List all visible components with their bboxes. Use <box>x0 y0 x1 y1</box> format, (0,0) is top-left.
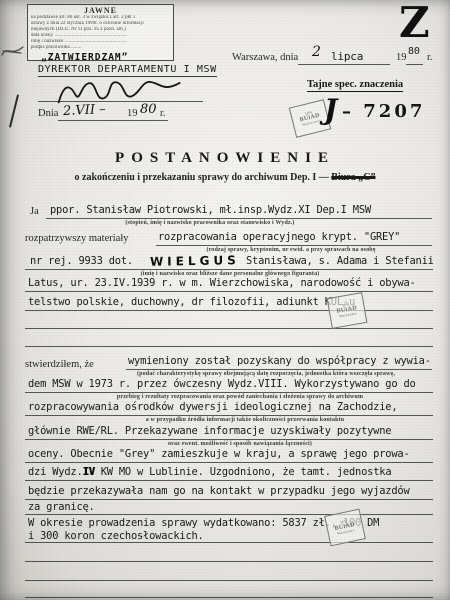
field3-pre: nr rej. 9933 dot. <box>30 255 133 267</box>
field9-caption: oraz ewent. możliwość i sposób nawiązani… <box>120 441 360 447</box>
field5-value: telstwo polskie, duchowny, dr filozofii,… <box>28 296 355 308</box>
field2-prefix: rozpatrzywszy materiały <box>25 233 129 244</box>
field8-caption: a w przypadku źródła informacji także ok… <box>80 417 410 423</box>
empty-rule <box>25 328 433 329</box>
city-date-year-prefix: 19 <box>396 52 407 63</box>
field10-rule <box>25 462 433 463</box>
date-left-suffix: r. <box>160 108 166 119</box>
field3-post: Stanisława, s. Adama i Stefanii <box>246 255 434 267</box>
field7-caption: przebieg i rezultaty rozpracowania oraz … <box>60 394 420 400</box>
field10-value: oceny. Obecnie "Grey" zamieszkuje w kraj… <box>28 448 410 460</box>
case-number: – 7207 <box>342 101 425 122</box>
empty-rule <box>25 597 433 598</box>
city-date-month: lipca <box>331 50 363 63</box>
field1-prefix: Ja <box>30 206 39 217</box>
archive-buiad-stamp: IPN BUiAD Warszawa <box>324 509 366 547</box>
city-date-underline <box>298 64 390 65</box>
date-left-label: Dnia <box>38 108 58 119</box>
field1-caption: (stopień, imię i nazwisko pracownika ora… <box>60 220 360 226</box>
field12-value: będzie przekazywała nam go na kontakt w … <box>28 485 410 497</box>
field1-value: ppor. Stanisław Piotrowski, mł.insp.Wydz… <box>50 204 371 216</box>
field8-value: rozpracowywania ośrodków dywersji ideolo… <box>28 401 397 413</box>
date-left-year-prefix: 19 <box>127 108 138 119</box>
subtitle-text: o zakończeniu i przekazaniu sprawy do ar… <box>75 172 332 183</box>
document-title: POSTANOWIENIE <box>0 150 450 167</box>
date-left-underline <box>58 120 168 121</box>
field12-rule <box>25 499 433 500</box>
field11-overtyped: IV <box>83 466 95 478</box>
date-left-handwritten: 2.VII – <box>63 102 106 119</box>
document-subtitle: o zakończeniu i przekazaniu sprawy do ar… <box>0 172 450 183</box>
date-left-year-handwritten: 80 <box>140 102 157 117</box>
field2-caption: (rodzaj sprawy, kryptonim, nr ewid. a pr… <box>150 247 432 253</box>
empty-rule <box>25 561 433 562</box>
subtitle-struck-text: Biura „C” <box>331 172 375 183</box>
field4-rule <box>25 291 433 292</box>
empty-rule <box>25 580 433 581</box>
city-date-label: Warszawa, dnia <box>232 52 298 63</box>
city-date-year: 80 <box>408 46 420 57</box>
city-date-year-underline <box>406 64 423 65</box>
field13-value: za granicę. <box>28 501 95 513</box>
field5-rule <box>25 310 433 311</box>
field9-value: głównie RWE/RL. Przekazywane informacje … <box>28 425 391 437</box>
field2-rule <box>156 245 432 246</box>
field11-post: KW MO w Lublinie. Uzgodniono, że tamt. j… <box>95 466 392 478</box>
field3-rule <box>25 269 433 270</box>
field1-rule <box>46 218 432 219</box>
field4-value: Latus, ur. 23.IV.1939 r. w m. Wierzchowi… <box>28 277 416 289</box>
field3-handwritten-name: WIELGUS <box>150 253 240 269</box>
city-date-day-handwritten: 2 <box>312 44 321 60</box>
field7-value: dem MSW w 1973 r. przez ówczesny Wydz.VI… <box>28 378 416 390</box>
signature-line <box>38 101 203 102</box>
pencil-scribble <box>0 42 26 60</box>
scanned-document-page: JAWNE na podstawie art. 86 ust. 3 w zwią… <box>0 0 450 600</box>
jawne-stamp-line: podpis pracownika ........ <box>31 45 170 51</box>
field8-rule <box>25 415 433 416</box>
archive-buiad-stamp: IPN BUiAD Warszawa <box>327 292 368 329</box>
secrecy-label: Tajne spec. znaczenia <box>307 79 403 92</box>
handwritten-slash-mark <box>9 94 19 127</box>
big-z-mark: Z <box>399 2 430 44</box>
field6-value: wymieniony został pozyskany do współprac… <box>128 355 431 367</box>
field15-value: i 300 koron czechosłowackich. <box>28 530 204 542</box>
field9-rule <box>25 439 433 440</box>
field6-prefix: stwierdziłem, że <box>25 359 94 370</box>
case-number-handwritten-letter: J <box>324 93 337 126</box>
field6-caption: (podać charakterystykę sprawy obejmującą… <box>100 371 432 377</box>
field13-rule <box>25 514 433 515</box>
field2-value: rozpracowania operacyjnego krypt. "GREY" <box>158 231 400 243</box>
empty-rule <box>25 346 433 347</box>
field11-rule <box>25 480 433 481</box>
jawne-stamp-title: JAWNE <box>31 6 170 15</box>
field7-rule <box>25 392 433 393</box>
zatwierdzam-label: „ZATWIERDZAM” <box>41 52 128 63</box>
field11-value: dzi Wydz.IV KW MO w Lublinie. Uzgodniono… <box>28 466 391 478</box>
field11-pre: dzi Wydz. <box>28 466 83 478</box>
field6-rule <box>126 369 432 370</box>
city-date-suffix: r. <box>427 52 433 63</box>
field15-rule <box>25 542 433 543</box>
